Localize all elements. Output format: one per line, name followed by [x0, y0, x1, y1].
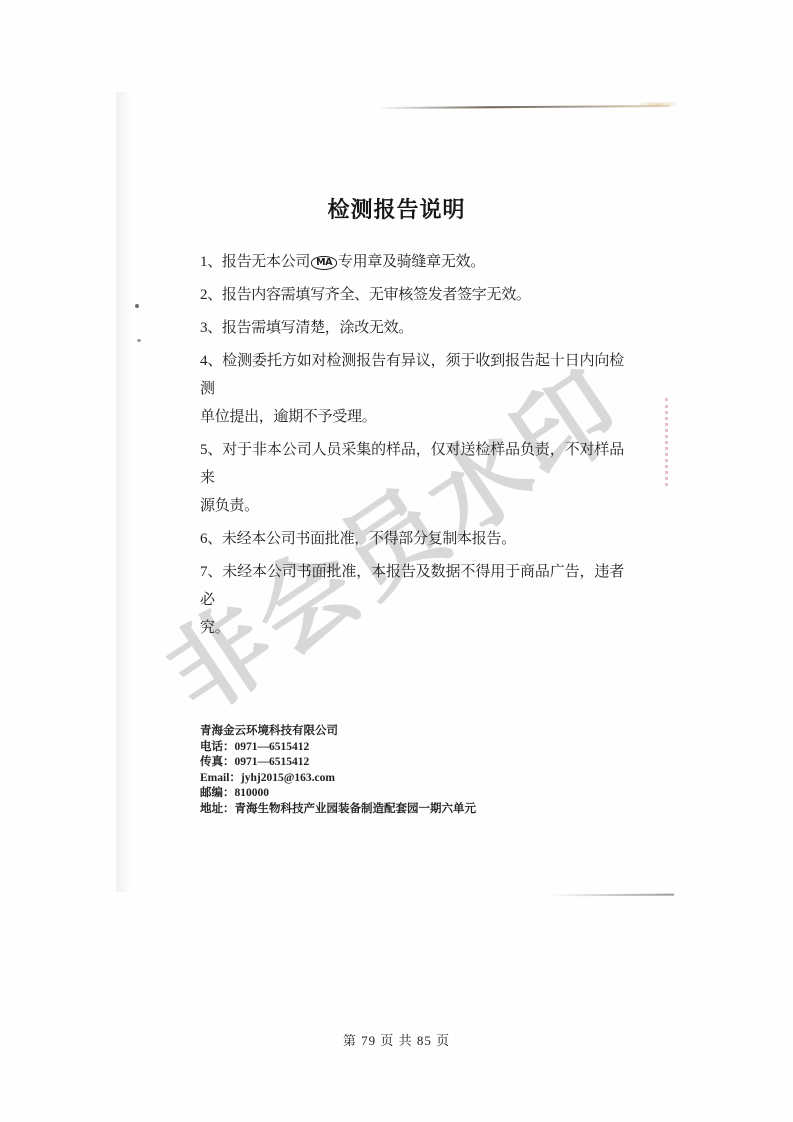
- contact-block: 青海金云环境科技有限公司 电话：0971—6515412 传真：0971—651…: [200, 724, 620, 817]
- scan-artifact-bottom-line: [548, 894, 674, 897]
- scan-artifact-speck: [137, 339, 141, 342]
- scan-artifact-red-bleed: [665, 398, 668, 486]
- note-item-1: 1、报告无本公司MA专用章及骑缝章无效。: [200, 248, 624, 276]
- note-item-1-prefix: 1、报告无本公司: [200, 254, 310, 270]
- page-number: 第 79 页 共 85 页: [0, 1030, 793, 1049]
- note-item-6: 6、未经本公司书面批准，不得部分复制本报告。: [200, 525, 624, 553]
- page-title: 检测报告说明: [0, 193, 793, 224]
- note-item-5: 5、对于非本公司人员采集的样品，仅对送检样品负责，不对样品来 源负责。: [200, 436, 624, 520]
- notes-list: 1、报告无本公司MA专用章及骑缝章无效。 2、报告内容需填写齐全、无审核签发者签…: [200, 248, 624, 647]
- contact-email: Email：jyhj2015@163.com: [200, 771, 620, 787]
- note-item-4: 4、检测委托方如对检测报告有异议，须于收到报告起十日内向检测 单位提出，逾期不予…: [200, 347, 624, 431]
- scan-artifact-top-line: [378, 105, 670, 109]
- document-page: 非会员水印 检测报告说明 1、报告无本公司MA专用章及骑缝章无效。 2、报告内容…: [0, 0, 793, 1122]
- company-name: 青海金云环境科技有限公司: [200, 724, 620, 740]
- note-item-1-suffix: 专用章及骑缝章无效。: [338, 254, 485, 270]
- contact-fax: 传真：0971—6515412: [200, 755, 620, 771]
- contact-phone: 电话：0971—6515412: [200, 740, 620, 756]
- note-item-2: 2、报告内容需填写齐全、无审核签发者签字无效。: [200, 281, 624, 309]
- scan-artifact-top-smudge: [640, 102, 676, 107]
- cma-certification-icon: MA: [311, 256, 337, 270]
- scan-artifact-speck: [135, 304, 139, 308]
- note-item-3: 3、报告需填写清楚，涂改无效。: [200, 314, 624, 342]
- note-item-7: 7、未经本公司书面批准，本报告及数据不得用于商品广告，违者必 究。: [200, 558, 624, 642]
- contact-address: 地址：青海生物科技产业园装备制造配套园一期六单元: [200, 802, 620, 818]
- contact-postcode: 邮编：810000: [200, 786, 620, 802]
